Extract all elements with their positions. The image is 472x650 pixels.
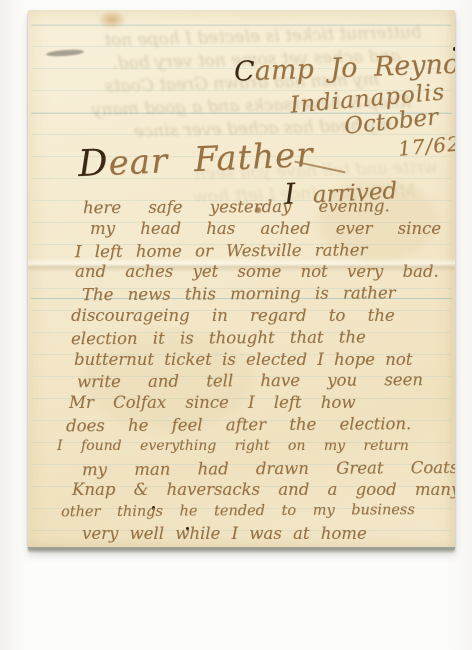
heading-date: 17/62 <box>397 131 455 160</box>
bleed-through-line: butternut ticket is elected I hope not <box>82 22 422 54</box>
stain <box>98 10 126 29</box>
pencil-smudge <box>46 49 84 58</box>
scanned-letter: butternut ticket is elected I hope not a… <box>0 0 472 650</box>
body-line: Knap & haversacks and a good many <box>72 479 455 501</box>
body-line: The news this morning is rather <box>82 282 455 306</box>
body-line: I left home or Westville rather <box>75 238 455 262</box>
body-line: does he feel after the election. <box>66 413 455 437</box>
body-line: my man had drawn Great Coats <box>82 456 455 480</box>
ruled-line <box>31 25 452 26</box>
letter-body: here safe yesterday evening. my head has… <box>55 196 455 545</box>
body-line: my head has ached ever since <box>90 218 455 240</box>
paper-sheet: butternut ticket is elected I hope not a… <box>28 10 455 550</box>
body-line: other things he tended to my business <box>61 500 455 524</box>
body-line: here safe yesterday evening. <box>83 195 455 219</box>
body-line: I found everything right on my return <box>57 436 455 458</box>
body-line: Mr Colfax since I left how <box>69 392 455 414</box>
body-line: write and tell have you seen <box>77 369 455 393</box>
body-line: butternut ticket is elected I hope not <box>74 349 455 371</box>
salutation: Dear Father <box>77 132 314 185</box>
body-line: election it is thought that the <box>71 326 455 350</box>
body-line: very well while I was at home <box>82 523 455 545</box>
body-line: discourageing in regard to the <box>71 305 455 327</box>
body-line: and aches yet some not very bad. <box>75 261 455 283</box>
